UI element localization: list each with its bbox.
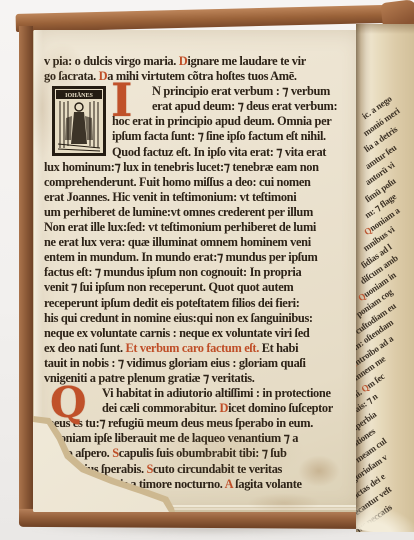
text-line: receperunt ipſum dedit eis poteſtatem fi… <box>44 296 362 311</box>
body-text: Non erat ille lux:ſed: vt teſtimonium pe… <box>44 220 316 234</box>
body-text: erat Joannes. Hic venit in teſtimonium: … <box>44 190 296 204</box>
body-text: um perhiberet de lumine:vt omnes credere… <box>44 205 313 219</box>
body-text: capulis ſuis obumbrabit tibi: ⁊ ſub <box>119 446 287 460</box>
text-line: entem in mundum. In mundo erat:⁊ mundus … <box>44 250 362 265</box>
text-line: ne erat lux vera: quæ illuminat omnem ho… <box>44 235 362 250</box>
body-text: erat apud deum: ⁊ deus erat verbum: <box>152 99 337 113</box>
text-line: vnigeniti a patre plenum gratiæ ⁊ verita… <box>44 371 362 386</box>
body-text: tauit in nobis : ⁊ vidimus gloriam eius … <box>44 356 306 370</box>
body-text: uoniam ipſe liberauit me de laqueo venan… <box>53 431 298 445</box>
text-line: lux hominum:⁊ lux in tenebris lucet:⁊ te… <box>44 160 362 175</box>
body-text: ſagita volante <box>233 477 302 491</box>
body-text: factus eſt: ⁊ mundus ipſum non cognouit:… <box>44 265 301 279</box>
body-text: a mihi virtutem cõtra hoſtes tuos Amē. <box>107 69 296 83</box>
book-cover-left-edge <box>19 26 33 518</box>
rubric-text: D <box>219 401 228 415</box>
text-line: his qui credunt in nomine eius:qui non e… <box>44 311 362 326</box>
facing-page-text: ic. a negomonió merilia a detrisamtur ſe… <box>356 24 414 532</box>
text-line: go ſacrata. Da mihi virtutem cõtra hoſte… <box>44 69 362 84</box>
body-text: dei cæli commorabitur. <box>102 401 219 415</box>
illuminated-initial-q: Q <box>50 383 87 423</box>
body-text: v pia: o dulcis virgo maria. <box>44 54 179 68</box>
body-text: ex deo nati ſunt. <box>44 341 125 355</box>
facing-page: ic. a negomonió merilia a detrisamtur ſe… <box>356 24 414 532</box>
woodcut-label: IOHĀNES <box>65 92 93 99</box>
woodcut-image: IOHĀNES <box>52 86 106 156</box>
text-line: v pia: o dulcis virgo maria. Dignare me … <box>44 54 362 69</box>
stain <box>247 493 321 512</box>
body-text: N principio erat verbum : ⁊ verbum <box>152 84 330 98</box>
text-line: comprehenderunt. Fuit homo miſſus a deo:… <box>44 175 362 190</box>
book-cover-top-edge <box>16 4 412 32</box>
body-text: his qui credunt in nomine eius:qui non e… <box>44 311 313 325</box>
body-text: ipſum facta ſunt: ⁊ ſine ipſo factum eſt… <box>112 129 326 143</box>
text-line: neque ex voluntate carnis : neque ex vol… <box>44 326 362 341</box>
text-line: tauit in nobis : ⁊ vidimus gloriam eius … <box>44 356 362 371</box>
text-line: um perhiberet de lumine:vt omnes credere… <box>44 205 362 220</box>
body-text: hoc erat in principio apud deum. Omnia p… <box>112 114 331 128</box>
text-line: factus eſt: ⁊ mundus ipſum non cognouit:… <box>44 265 362 280</box>
body-text: go ſacrata. <box>44 69 99 83</box>
text-line: venit ⁊ ſui ipſum non receperunt. Quot q… <box>44 280 362 295</box>
rubric-text: D <box>99 69 108 83</box>
text-line: erat Joannes. Hic venit in teſtimonium: … <box>44 190 362 205</box>
body-text: cuto circundabit te veritas <box>153 462 282 476</box>
body-text: ignare me laudare te vir <box>187 54 305 68</box>
text-line: ex deo nati ſunt. Et verbum caro factum … <box>44 341 362 356</box>
body-text: comprehenderunt. Fuit homo miſſus a deo:… <box>44 175 311 189</box>
body-text: Et habi <box>262 341 298 355</box>
text-line: verbo aſpero. Scapulis ſuis obumbrabit t… <box>44 446 362 461</box>
body-text: entem in mundum. In mundo erat:⁊ mundus … <box>44 250 317 264</box>
text-line: meus es tu:⁊ refugiū meum deus meus ſper… <box>44 416 362 431</box>
body-text: ne erat lux vera: quæ illuminat omnem ho… <box>44 235 311 249</box>
woodcut-saint-john: IOHĀNES <box>52 86 106 156</box>
text-line: Vi habitat in adiutorio altiſſimi : in p… <box>44 386 362 401</box>
body-text: lux hominum:⁊ lux in tenebris lucet:⁊ te… <box>44 160 319 174</box>
body-text: neque ex voluntate carnis : neque ex vol… <box>44 326 309 340</box>
rubric-text: Et verbum caro factum eſt. <box>125 341 261 355</box>
body-text: receperunt ipſum dedit eis poteſtatem fi… <box>44 296 299 310</box>
photo-background: v pia: o dulcis virgo maria. Dignare me … <box>0 0 414 540</box>
text-line: Non erat ille lux:ſed: vt teſtimonium pe… <box>44 220 362 235</box>
book-page: v pia: o dulcis virgo maria. Dignare me … <box>33 30 363 512</box>
illuminated-initial-i: I <box>111 80 133 120</box>
body-text: venit ⁊ ſui ipſum non receperunt. Quot q… <box>44 280 293 294</box>
text-line: Quoniam ipſe liberauit me de laqueo vena… <box>44 431 362 446</box>
rubric-text: A <box>225 477 233 491</box>
body-text: Vi habitat in adiutorio altiſſimi : in p… <box>102 386 331 400</box>
text-line: dei cæli commorabitur. Dicet domino ſuſc… <box>44 401 362 416</box>
body-text: icet domino ſuſceptor <box>228 401 333 415</box>
body-text: Quod factuz eſt. In ipſo vita erat: ⁊ vi… <box>112 145 326 159</box>
